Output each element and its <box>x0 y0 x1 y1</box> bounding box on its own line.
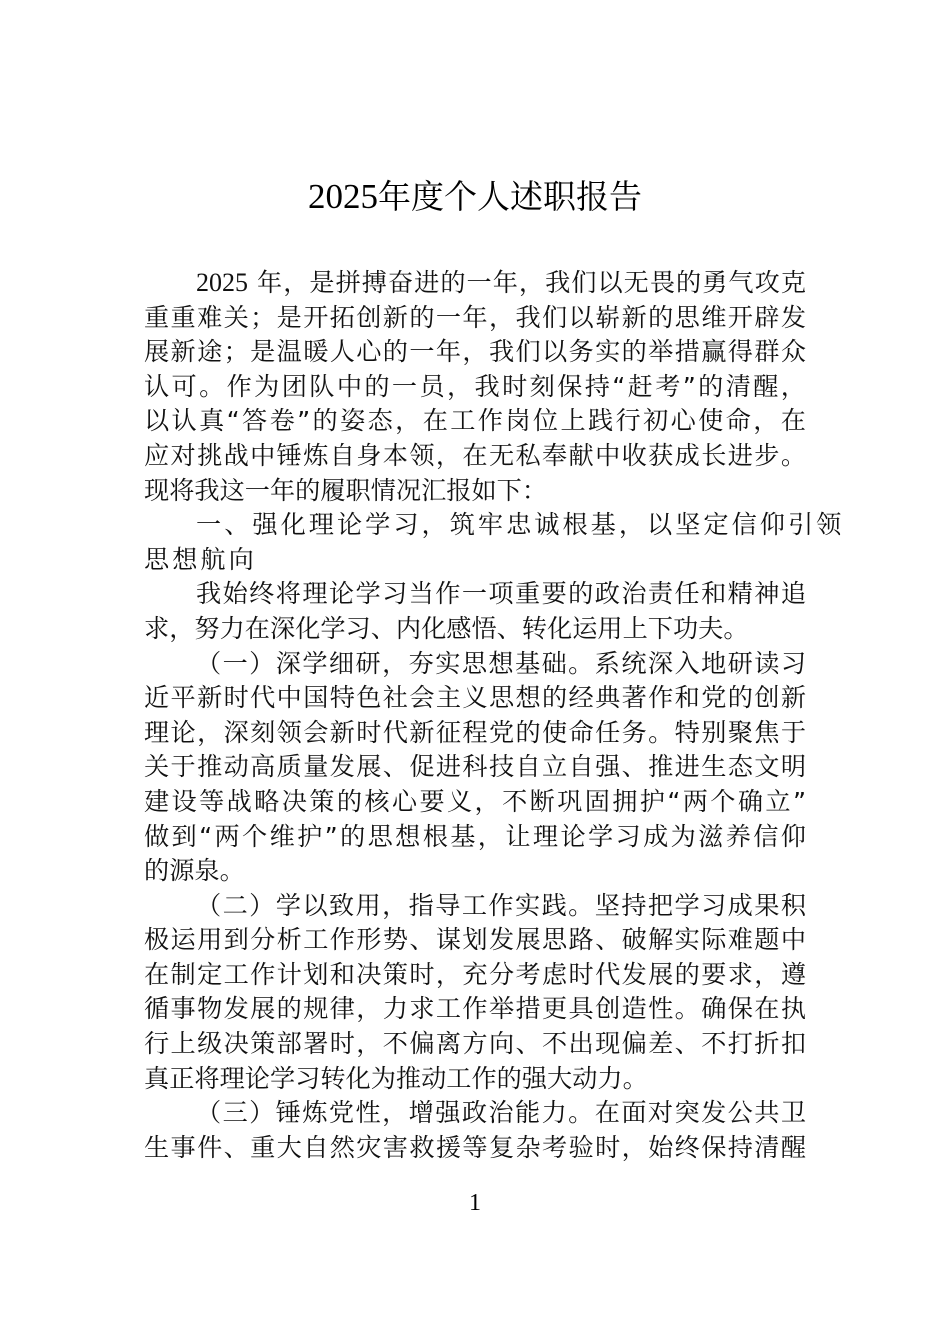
line-text: 一、强化理论学习，筑牢忠诚根基，以坚定信仰引领 <box>196 510 844 539</box>
paragraph-line: 的源泉。 <box>144 854 806 889</box>
line-text: 在制定工作计划和决策时，充分考虑时代发展的要求，遵 <box>144 960 806 989</box>
paragraph-line: 我始终将理论学习当作一项重要的政治责任和精神追 <box>144 577 806 612</box>
line-text: 生事件、重大自然灾害救援等复杂考验时，始终保持清醒 <box>144 1133 806 1162</box>
line-text: 做到“两个维护”的思想根基，让理论学习成为滋养信仰 <box>144 822 806 851</box>
line-text: （二）学以致用，指导工作实践。坚持把学习成果积 <box>196 891 806 920</box>
paragraph-line: 生事件、重大自然灾害救援等复杂考验时，始终保持清醒 <box>144 1131 806 1166</box>
line-text: 认可。作为团队中的一员，我时刻保持“赶考”的清醒， <box>144 372 806 401</box>
document-body: 2025 年，是拼搏奋进的一年，我们以无畏的勇气攻克重重难关；是开拓创新的一年，… <box>144 266 806 1165</box>
line-text: 近平新时代中国特色社会主义思想的经典著作和党的创新 <box>144 683 806 712</box>
line-text: 以认真“答卷”的姿态，在工作岗位上践行初心使命，在 <box>144 406 806 435</box>
paragraph-line: （一）深学细研，夯实思想基础。系统深入地研读习 <box>144 647 806 682</box>
paragraph-line: 以认真“答卷”的姿态，在工作岗位上践行初心使命，在 <box>144 404 806 439</box>
paragraph-line: 极运用到分析工作形势、谋划发展思路、破解实际难题中 <box>144 923 806 958</box>
line-text: 行上级决策部署时，不偏离方向、不出现偏差、不打折扣 <box>144 1029 806 1058</box>
line-text: 关于推动高质量发展、促进科技自立自强、推进生态文明 <box>144 752 806 781</box>
line-text: 建设等战略决策的核心要义，不断巩固拥护“两个确立” <box>144 787 806 816</box>
line-text: 应对挑战中锤炼自身本领，在无私奉献中收获成长进步。 <box>144 441 806 470</box>
title-year: 2025 <box>308 177 378 216</box>
section-heading-line: 一、强化理论学习，筑牢忠诚根基，以坚定信仰引领 <box>144 508 806 543</box>
paragraph-line: 现将我这一年的履职情况汇报如下： <box>144 474 806 509</box>
page-number: 1 <box>0 1188 950 1218</box>
paragraph-line: 求，努力在深化学习、内化感悟、转化运用上下功夫。 <box>144 612 806 647</box>
line-text: 理论，深刻领会新时代新征程党的使命任务。特别聚焦于 <box>144 718 806 747</box>
paragraph-line: 展新途；是温暖人心的一年，我们以务实的举措赢得群众 <box>144 335 806 370</box>
paragraph-line: 关于推动高质量发展、促进科技自立自强、推进生态文明 <box>144 750 806 785</box>
paragraph-line: （二）学以致用，指导工作实践。坚持把学习成果积 <box>144 889 806 924</box>
paragraph-line: （三）锤炼党性，增强政治能力。在面对突发公共卫 <box>144 1096 806 1131</box>
paragraph-line: 重重难关；是开拓创新的一年，我们以崭新的思维开辟发 <box>144 301 806 336</box>
paragraph-line: 行上级决策部署时，不偏离方向、不出现偏差、不打折扣 <box>144 1027 806 1062</box>
line-text: 年，是拼搏奋进的一年，我们以无畏的勇气攻克 <box>248 268 806 297</box>
paragraph-line: 循事物发展的规律，力求工作举措更具创造性。确保在执 <box>144 992 806 1027</box>
line-text: 极运用到分析工作形势、谋划发展思路、破解实际难题中 <box>144 925 806 954</box>
paragraph-line: 2025 年，是拼搏奋进的一年，我们以无畏的勇气攻克 <box>144 266 806 301</box>
paragraph-line: 应对挑战中锤炼自身本领，在无私奉献中收获成长进步。 <box>144 439 806 474</box>
paragraph-line: 建设等战略决策的核心要义，不断巩固拥护“两个确立” <box>144 785 806 820</box>
document-page: 2025年度个人述职报告 2025 年，是拼搏奋进的一年，我们以无畏的勇气攻克重… <box>0 0 950 1344</box>
line-text: （三）锤炼党性，增强政治能力。在面对突发公共卫 <box>196 1098 806 1127</box>
paragraph-line: 近平新时代中国特色社会主义思想的经典著作和党的创新 <box>144 681 806 716</box>
section-heading-line: 思想航向 <box>144 543 806 578</box>
document-title: 2025年度个人述职报告 <box>0 172 950 222</box>
line-text: 求，努力在深化学习、内化感悟、转化运用上下功夫。 <box>144 614 749 643</box>
line-text: 现将我这一年的履职情况汇报如下： <box>144 476 547 505</box>
paragraph-line: 认可。作为团队中的一员，我时刻保持“赶考”的清醒， <box>144 370 806 405</box>
line-text: 重重难关；是开拓创新的一年，我们以崭新的思维开辟发 <box>144 303 806 332</box>
line-text: 循事物发展的规律，力求工作举措更具创造性。确保在执 <box>144 994 806 1023</box>
year-number: 2025 <box>196 268 248 297</box>
title-text: 年度个人述职报告 <box>378 177 642 216</box>
line-text: 展新途；是温暖人心的一年，我们以务实的举措赢得群众 <box>144 337 806 366</box>
paragraph-line: 理论，深刻领会新时代新征程党的使命任务。特别聚焦于 <box>144 716 806 751</box>
line-text: 真正将理论学习转化为推动工作的强大动力。 <box>144 1064 648 1093</box>
line-text: 思想航向 <box>144 545 257 574</box>
paragraph-line: 真正将理论学习转化为推动工作的强大动力。 <box>144 1062 806 1097</box>
line-text: 的源泉。 <box>144 856 245 885</box>
paragraph-line: 在制定工作计划和决策时，充分考虑时代发展的要求，遵 <box>144 958 806 993</box>
line-text: （一）深学细研，夯实思想基础。系统深入地研读习 <box>196 649 806 678</box>
line-text: 我始终将理论学习当作一项重要的政治责任和精神追 <box>196 579 806 608</box>
paragraph-line: 做到“两个维护”的思想根基，让理论学习成为滋养信仰 <box>144 820 806 855</box>
